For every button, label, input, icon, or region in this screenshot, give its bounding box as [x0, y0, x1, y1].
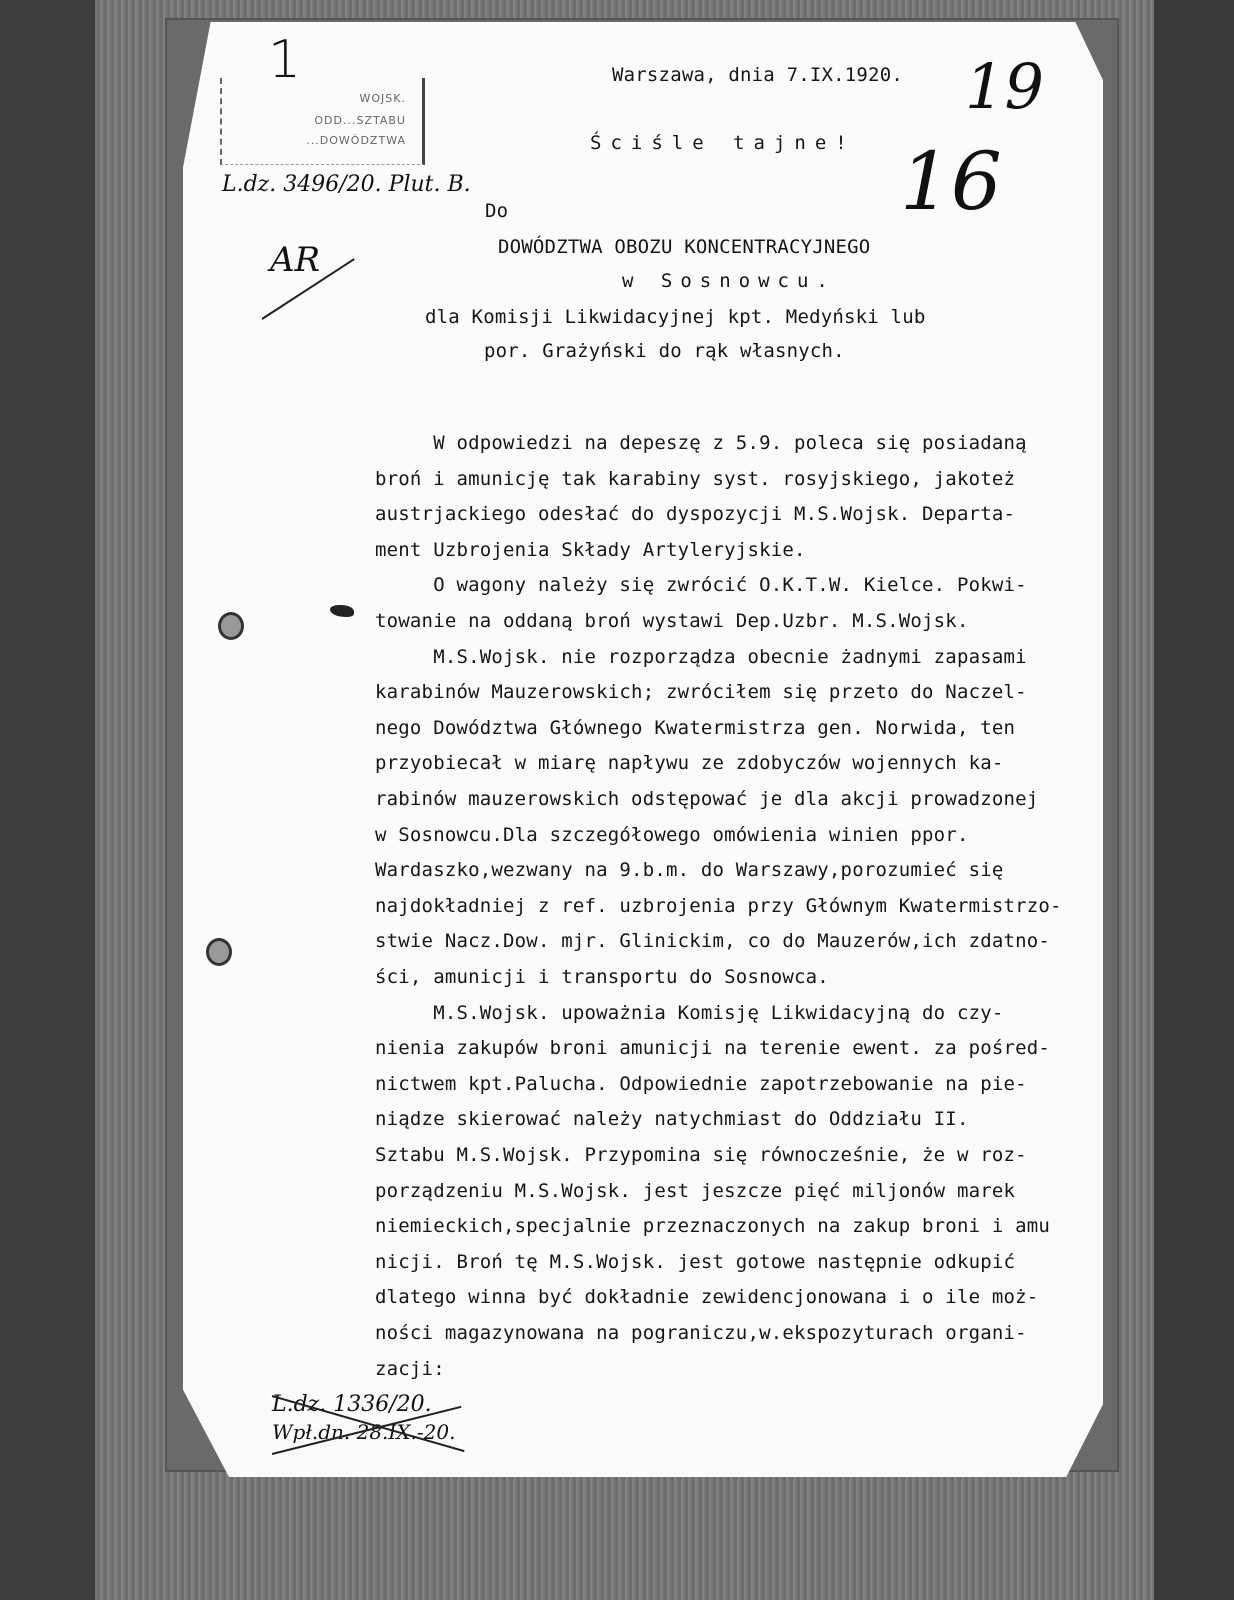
addressee-line-3: dla Komisji Likwidacyjnej kpt. Medyński …	[425, 306, 925, 328]
body-line: O wagony należy się zwrócić O.K.T.W. Kie…	[375, 574, 1027, 596]
body-line: Wardaszko,wezwany na 9.b.m. do Warszawy,…	[375, 859, 1004, 881]
body-line: stwie Nacz.Dow. mjr. Glinickim, co do Ma…	[375, 930, 1050, 952]
classification-mark: Ściśle tajne!	[590, 132, 856, 154]
reference-number-handwritten: L.dz. 3496/20. Plut. B.	[222, 172, 471, 197]
initials-signature: AR	[270, 240, 320, 280]
page-number-handwritten-16: 16	[900, 135, 1002, 228]
body-line: niądze skierować należy natychmiast do O…	[375, 1108, 969, 1130]
body-line: nicji. Broń tę M.S.Wojsk. jest gotowe na…	[375, 1251, 1015, 1273]
body-line: nictwem kpt.Palucha. Odpowiednie zapotrz…	[375, 1073, 1027, 1095]
addressee-line-1: DOWÓDZTWA OBOZU KONCENTRACYJNEGO	[498, 236, 870, 258]
addressee-line-2: w Sosnowcu.	[622, 270, 836, 292]
body-line: nego Dowództwa Głównego Kwatermistrza ge…	[375, 717, 1015, 739]
scan-background-left	[0, 0, 95, 1600]
date-line: Warszawa, dnia 7.IX.1920.	[612, 64, 903, 86]
body-line: rabinów mauzerowskich odstępować je dla …	[375, 788, 1038, 810]
body-line: M.S.Wojsk. upoważnia Komisję Likwidacyjn…	[375, 1002, 1004, 1024]
body-line: najdokładniej z ref. uzbrojenia przy Głó…	[375, 895, 1062, 917]
punch-hole-upper	[218, 612, 244, 640]
body-line: ści, amunicji i transportu do Sosnowca.	[375, 966, 829, 988]
body-line: w Sosnowcu.Dla szczegółowego omówienia w…	[375, 824, 969, 846]
body-line: porządzeniu M.S.Wojsk. jest jeszcze pięć…	[375, 1180, 1015, 1202]
body-line: zacji:	[375, 1358, 445, 1380]
body-line: Sztabu M.S.Wojsk. Przypomina się równocz…	[375, 1144, 1027, 1166]
addressee-line-4: por. Grażyński do rąk własnych.	[484, 340, 845, 362]
page-number-handwritten-19: 19	[965, 50, 1044, 123]
body-line: towanie na oddaną broń wystawi Dep.Uzbr.…	[375, 610, 969, 632]
body-line: W odpowiedzi na depeszę z 5.9. poleca si…	[375, 432, 1027, 454]
stamp-line-3: ...DOWÓDZTWA	[222, 134, 422, 147]
body-line: nienia zakupów broni amunicji na terenie…	[375, 1037, 1050, 1059]
crossed-note-line-1: L.dz. 1336/20.	[272, 1392, 432, 1417]
stamp-line-2: ODD...SZTABU	[222, 114, 422, 127]
punch-hole-lower	[206, 938, 232, 966]
marginal-mark-top: 1	[268, 30, 301, 90]
addressee-to: Do	[485, 200, 508, 222]
body-line: niemieckich,specjalnie przeznaczonych na…	[375, 1215, 1050, 1237]
body-line: karabinów Mauzerowskich; zwróciłem się p…	[375, 681, 1027, 703]
body-line: M.S.Wojsk. nie rozporządza obecnie żadny…	[375, 646, 1027, 668]
body-line: austrjackiego odesłać do dyspozycji M.S.…	[375, 503, 1015, 525]
body-line: przyobiecał w miarę napływu ze zdobyczów…	[375, 752, 1004, 774]
office-stamp: WOJSK. ODD...SZTABU ...DOWÓDZTWA	[220, 78, 425, 165]
scan-background-right	[1154, 0, 1234, 1600]
body-line: ment Uzbrojenia Składy Artyleryjskie.	[375, 539, 806, 561]
body-line: dlatego winna być dokładnie zewidencjono…	[375, 1286, 1038, 1308]
body-line: broń i amunicję tak karabiny syst. rosyj…	[375, 468, 1015, 490]
body-line: ności magazynowana na pograniczu,w.ekspo…	[375, 1322, 1027, 1344]
stamp-line-1: WOJSK.	[222, 92, 422, 105]
